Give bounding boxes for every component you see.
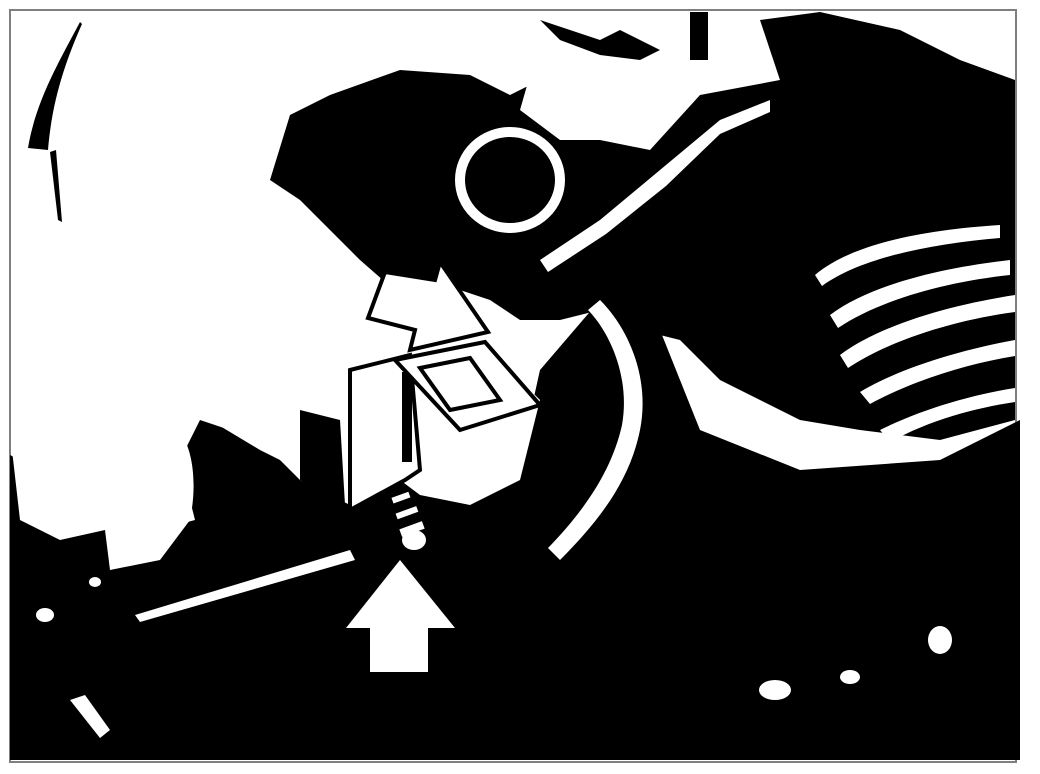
engine-photo (0, 0, 1040, 774)
